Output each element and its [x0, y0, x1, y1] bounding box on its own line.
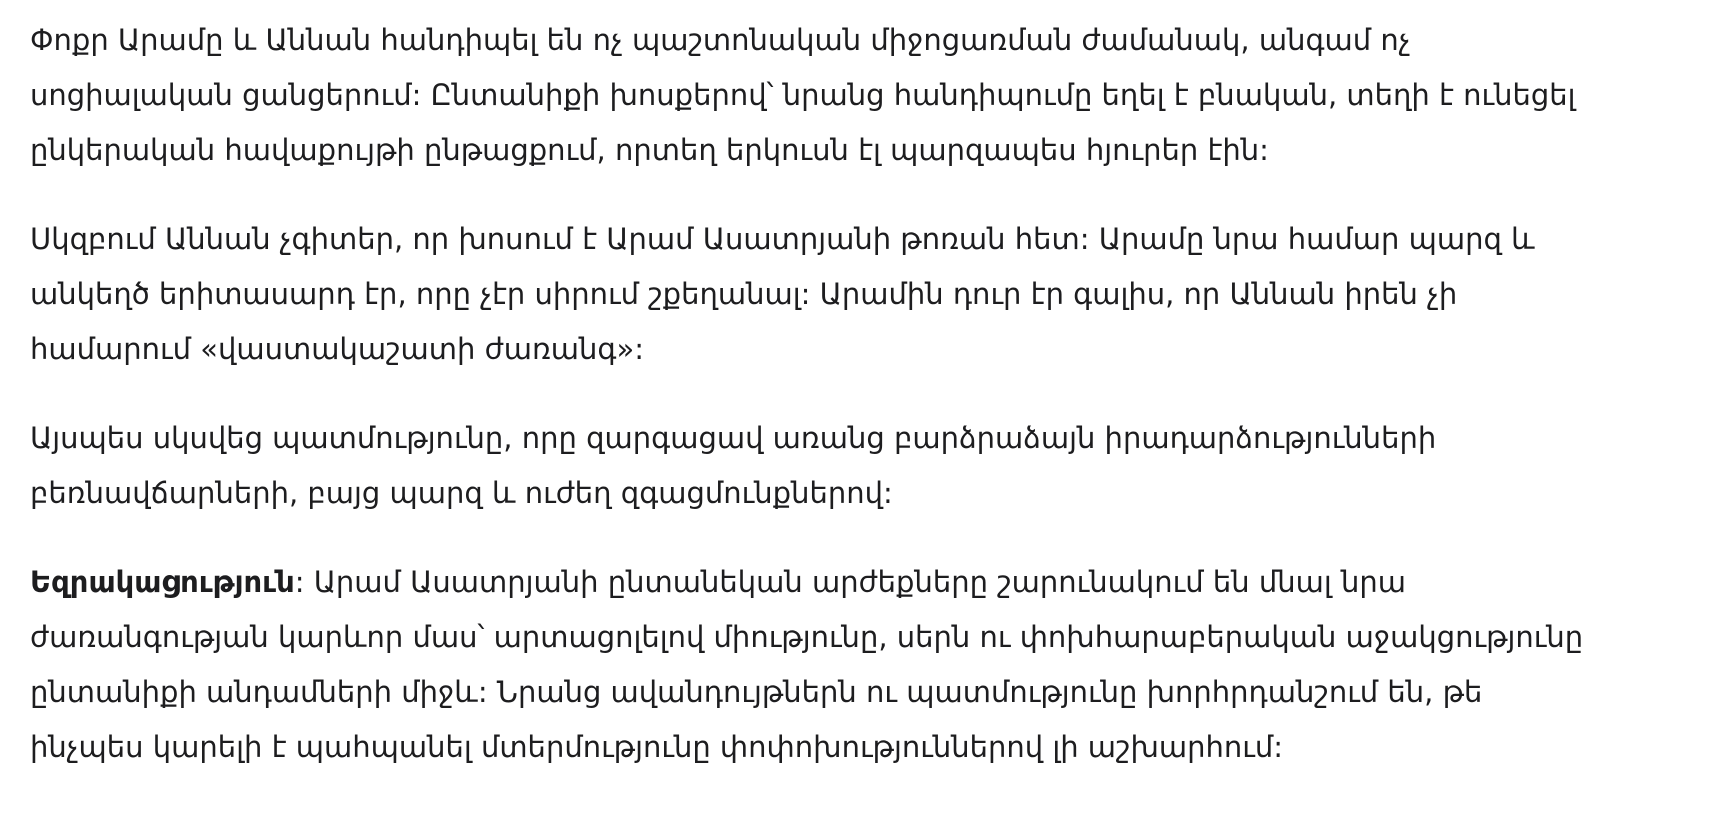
document-page: Փոքր Արամը և Աննան հանդիպել են ոչ պաշտոն…	[0, 0, 1730, 814]
text-line: ինչպես կարելի է պահպանել մտերմությունը փ…	[30, 720, 1630, 775]
text-line: Եզրակացություն: Արամ Ասատրյանի ընտանեկան…	[30, 555, 1630, 610]
conclusion-lead-rest: : Արամ Ասատրյանի ընտանեկան արժեքները շար…	[295, 565, 1406, 599]
text-line: Այսպես սկսվեց պատմությունը, որը զարգացավ…	[30, 411, 1630, 466]
text-line: բեռնավճարների, բայց պարզ և ուժեղ զգացմու…	[30, 466, 1630, 521]
text-line: ընտանիքի անդամների միջև: Նրանց ավանդույթ…	[30, 665, 1630, 720]
paragraph-conclusion: Եզրակացություն: Արամ Ասատրյանի ընտանեկան…	[30, 555, 1630, 775]
text-line: Սկզբում Աննան չգիտեր, որ խոսում է Արամ Ա…	[30, 212, 1630, 267]
conclusion-heading: Եզրակացություն	[30, 565, 295, 599]
text-line: ընկերական հավաքույթի ընթացքում, որտեղ եր…	[30, 123, 1630, 178]
text-line: սոցիալական ցանցերում: Ընտանիքի խոսքերով՝…	[30, 68, 1630, 123]
paragraph-meeting: Փոքր Արամը և Աննան հանդիպել են ոչ պաշտոն…	[30, 13, 1630, 178]
text-line: համարում «վաստակաշատի ժառանգ»:	[30, 322, 1630, 377]
text-line: ժառանգության կարևոր մաս՝ արտացոլելով միո…	[30, 610, 1630, 665]
text-line: Փոքր Արամը և Աննան հանդիպել են ոչ պաշտոն…	[30, 13, 1630, 68]
paragraph-acquaintance: Սկզբում Աննան չգիտեր, որ խոսում է Արամ Ա…	[30, 212, 1630, 377]
paragraph-story: Այսպես սկսվեց պատմությունը, որը զարգացավ…	[30, 411, 1630, 521]
text-line: անկեղծ երիտասարդ էր, որը չէր սիրում շքեղ…	[30, 267, 1630, 322]
